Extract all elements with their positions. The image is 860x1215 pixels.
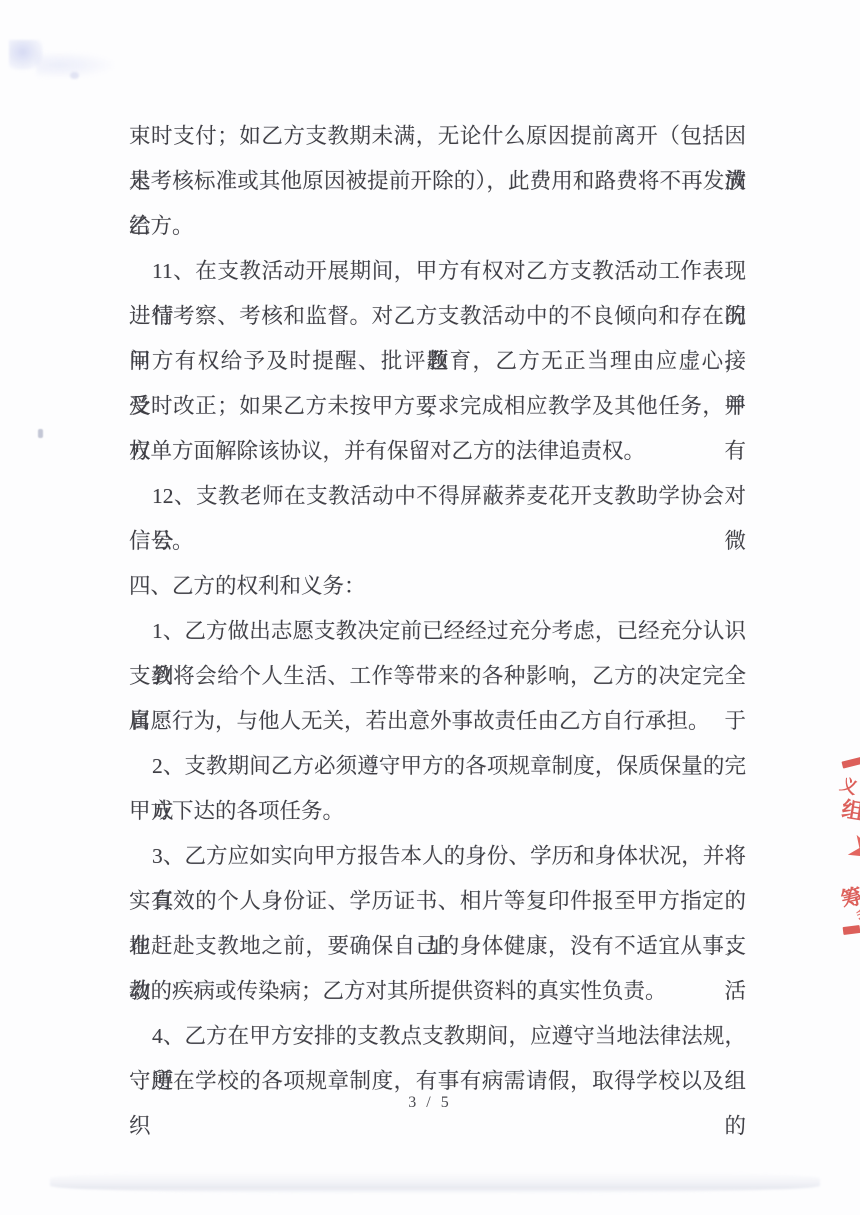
text-line: 11、在支教活动开展期间，甲方有权对乙方支教活动工作表现情况: [129, 249, 746, 294]
text-line: 足考核标准或其他原因被提前开除的），此费用和路费将不再发放给: [129, 159, 746, 204]
official-stamp-fragment: 义 组 ★ 筹 我: [820, 756, 860, 946]
text-line: 束时支付；如乙方支教期未满，无论什么原因提前离开（包括因未满: [129, 114, 746, 159]
text-line: 3、乙方应如实向甲方报告本人的身份、学历和身体状况，并将真: [129, 834, 746, 879]
scanned-contract-page: { "document": { "lines": [ { "text": "束时…: [0, 0, 860, 1215]
scan-speck: [70, 72, 79, 79]
text-line: 在赶赴支教地之前，要确保自己的身体健康，没有不适宜从事支教活: [129, 924, 746, 969]
stamp-arc-mark: [841, 756, 860, 768]
text-line: 及时改正；如果乙方未按甲方要求完成相应教学及其他任务，甲方有: [129, 384, 746, 429]
text-line: 1、乙方做出志愿支教决定前已经经过充分考虑，已经充分认识到: [129, 609, 746, 654]
text-line: 4、乙方在甲方安排的支教点支教期间，应遵守当地法律法规，遵: [129, 1014, 746, 1059]
page-number: 3 / 5: [0, 1094, 860, 1112]
text-line: 2、支教期间乙方必须遵守甲方的各项规章制度，保质保量的完成: [129, 744, 746, 789]
text-line: 甲方有权给予及时提醒、批评教育，乙方无正当理由应虚心接受，并: [129, 339, 746, 384]
text-line: 进行考察、考核和监督。对乙方支教活动中的不良倾向和存在的问题，: [129, 294, 746, 339]
text-line: 动的疾病或传染病；乙方对其所提供资料的真实性负责。: [129, 969, 746, 1014]
stamp-star-icon: ★: [839, 826, 860, 876]
text-line: 自愿行为，与他人无关，若出意外事故责任由乙方自行承担。: [129, 699, 746, 744]
text-line: 甲方下达的各项任务。: [129, 789, 746, 834]
text-line: 12、支教老师在支教活动中不得屏蔽荞麦花开支教助学协会对公微: [129, 474, 746, 519]
text-line: 乙方。: [129, 204, 746, 249]
scan-speck: [38, 429, 43, 438]
stamp-arc-mark: [843, 925, 860, 935]
text-line: 实有效的个人身份证、学历证书、相片等复印件报至甲方指定的地址；: [129, 879, 746, 924]
document-body: 束时支付；如乙方支教期未满，无论什么原因提前离开（包括因未满足考核标准或其他原因…: [129, 114, 746, 1104]
scan-edge-shadow: [50, 1170, 820, 1194]
text-line: 支教将会给个人生活、工作等带来的各种影响，乙方的决定完全属于: [129, 654, 746, 699]
text-line: 四、乙方的权利和义务：: [129, 564, 746, 609]
stamp-character: 组: [840, 792, 860, 826]
